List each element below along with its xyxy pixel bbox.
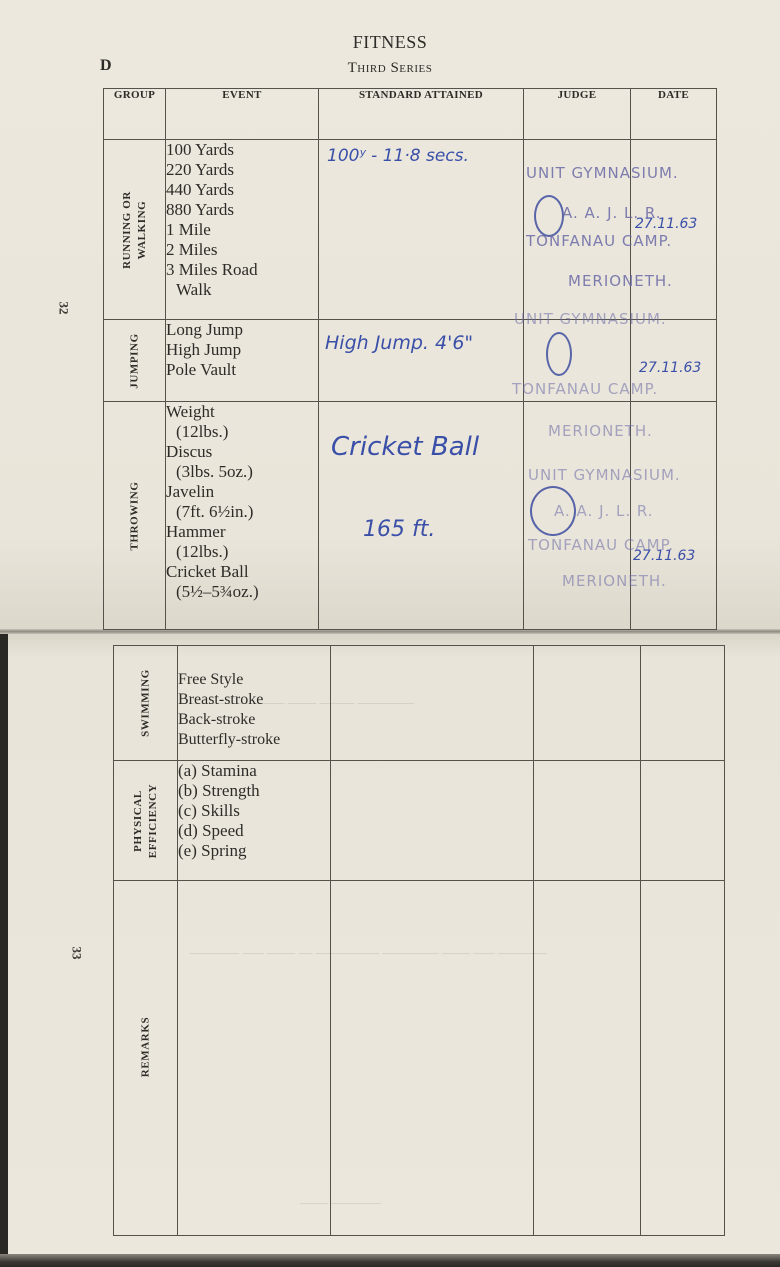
event-item: (12lbs.) — [166, 422, 318, 442]
date-cell: 27.11.63 — [631, 402, 717, 630]
event-item: (7ft. 6½in.) — [166, 502, 318, 522]
date-cell: 27.11.63 — [631, 140, 717, 320]
judge-signature — [546, 332, 572, 376]
standard-cell — [331, 646, 534, 761]
standard-cell: Cricket Ball 165 ft. — [319, 402, 524, 630]
event-item: Weight — [166, 402, 318, 422]
col-header-event: EVENT — [166, 89, 319, 140]
event-item: (b) Strength — [178, 781, 330, 801]
page-title: FITNESS — [0, 32, 780, 53]
event-item: Javelin — [166, 482, 318, 502]
event-item: Back-stroke — [178, 710, 330, 730]
group-label-physical-efficiency: PHYSICAL EFFICIENCY — [131, 783, 161, 857]
event-item: (3lbs. 5oz.) — [166, 462, 318, 482]
event-item: (12lbs.) — [166, 542, 318, 562]
judge-cell: UNIT GYMNASIUM. A. A. J. L. R. TONFANAU … — [524, 140, 631, 320]
book-edge — [0, 1254, 780, 1267]
page-subtitle: Third Series — [0, 60, 780, 77]
table-header-row: GROUP EVENT STANDARD ATTAINED JUDGE DATE — [104, 89, 717, 140]
fitness-table-top: GROUP EVENT STANDARD ATTAINED JUDGE DATE… — [103, 88, 717, 630]
col-header-group: GROUP — [104, 89, 166, 140]
handwritten-standard: 100ʸ - 11·8 secs. — [327, 146, 469, 166]
event-item: (d) Speed — [178, 821, 330, 841]
event-item: Cricket Ball — [166, 562, 318, 582]
event-item: High Jump — [166, 340, 318, 360]
table-row-running: RUNNING OR WALKING 100 Yards 220 Yards 4… — [104, 140, 717, 320]
judge-cell — [534, 761, 641, 881]
table-row-physical-efficiency: PHYSICAL EFFICIENCY (a) Stamina (b) Stre… — [114, 761, 725, 881]
event-item: (a) Stamina — [178, 761, 330, 781]
judge-cell: UNIT GYMNASIUM. TONFANAU CAMP. — [524, 320, 631, 402]
event-item: 3 Miles Road — [166, 260, 318, 280]
group-label-jumping: JUMPING — [127, 333, 142, 389]
group-cell: THROWING — [104, 402, 166, 630]
date-cell — [641, 646, 725, 761]
page-number-right: 33 — [69, 947, 85, 960]
group-label-remarks: REMARKS — [138, 1017, 153, 1077]
events-cell: Weight (12lbs.) Discus (3lbs. 5oz.) Jave… — [166, 402, 319, 630]
events-cell: Long Jump High Jump Pole Vault — [166, 320, 319, 402]
event-item: (e) Spring — [178, 841, 330, 861]
table-row-throwing: THROWING Weight (12lbs.) Discus (3lbs. 5… — [104, 402, 717, 630]
event-item: 100 Yards — [166, 140, 318, 160]
events-cell: 100 Yards 220 Yards 440 Yards 880 Yards … — [166, 140, 319, 320]
handwritten-standard: Cricket Ball — [331, 432, 479, 462]
col-header-standard: STANDARD ATTAINED — [319, 89, 524, 140]
remarks-cell — [641, 881, 725, 1236]
handwritten-date: 27.11.63 — [633, 548, 695, 564]
event-item: Long Jump — [166, 320, 318, 340]
event-item: 1 Mile — [166, 220, 318, 240]
group-cell: JUMPING — [104, 320, 166, 402]
handwritten-date: 27.11.63 — [639, 360, 701, 376]
event-item: Free Style — [178, 670, 330, 690]
event-item: 2 Miles — [166, 240, 318, 260]
group-label-swimming: SWIMMING — [138, 669, 153, 737]
group-cell: REMARKS — [114, 881, 178, 1236]
event-item: (c) Skills — [178, 801, 330, 821]
event-item: Pole Vault — [166, 360, 318, 380]
table-row-jumping: JUMPING Long Jump High Jump Pole Vault H… — [104, 320, 717, 402]
book-spine-shadow — [0, 632, 8, 1267]
event-item: Breast-stroke — [178, 690, 330, 710]
standard-cell — [331, 761, 534, 881]
event-item: (5½–5¾oz.) — [166, 582, 318, 602]
standard-cell: 100ʸ - 11·8 secs. — [319, 140, 524, 320]
group-cell: PHYSICAL EFFICIENCY — [114, 761, 178, 881]
col-header-date: DATE — [631, 89, 717, 140]
group-cell: RUNNING OR WALKING — [104, 140, 166, 320]
handwritten-standard: 165 ft. — [363, 517, 435, 542]
page-number-left: 32 — [56, 302, 72, 315]
judge-cell: MERIONETH. UNIT GYMNASIUM. A. A. J. L. R… — [524, 402, 631, 630]
table-row-remarks: REMARKS — [114, 881, 725, 1236]
event-item: 440 Yards — [166, 180, 318, 200]
judge-signature — [534, 195, 564, 237]
group-cell: SWIMMING — [114, 646, 178, 761]
remarks-cell — [534, 881, 641, 1236]
table-row-swimming: SWIMMING Free Style Breast-stroke Back-s… — [114, 646, 725, 761]
group-label-running: RUNNING OR WALKING — [120, 191, 150, 269]
date-cell — [641, 761, 725, 881]
remarks-cell — [331, 881, 534, 1236]
col-header-judge: JUDGE — [524, 89, 631, 140]
event-item: 880 Yards — [166, 200, 318, 220]
group-label-throwing: THROWING — [127, 481, 142, 550]
event-item: Butterfly-stroke — [178, 730, 330, 750]
date-cell: 27.11.63 — [631, 320, 717, 402]
events-cell: (a) Stamina (b) Strength (c) Skills (d) … — [178, 761, 331, 881]
fitness-table-bottom: SWIMMING Free Style Breast-stroke Back-s… — [113, 645, 725, 1236]
judge-cell — [534, 646, 641, 761]
remarks-cell — [178, 881, 331, 1236]
event-item: Discus — [166, 442, 318, 462]
handwritten-standard: High Jump. 4'6" — [325, 332, 473, 354]
standard-cell: High Jump. 4'6" — [319, 320, 524, 402]
event-item: Walk — [166, 280, 318, 300]
event-item: 220 Yards — [166, 160, 318, 180]
event-item: Hammer — [166, 522, 318, 542]
handwritten-date: 27.11.63 — [635, 216, 697, 232]
events-cell: Free Style Breast-stroke Back-stroke But… — [178, 646, 331, 761]
